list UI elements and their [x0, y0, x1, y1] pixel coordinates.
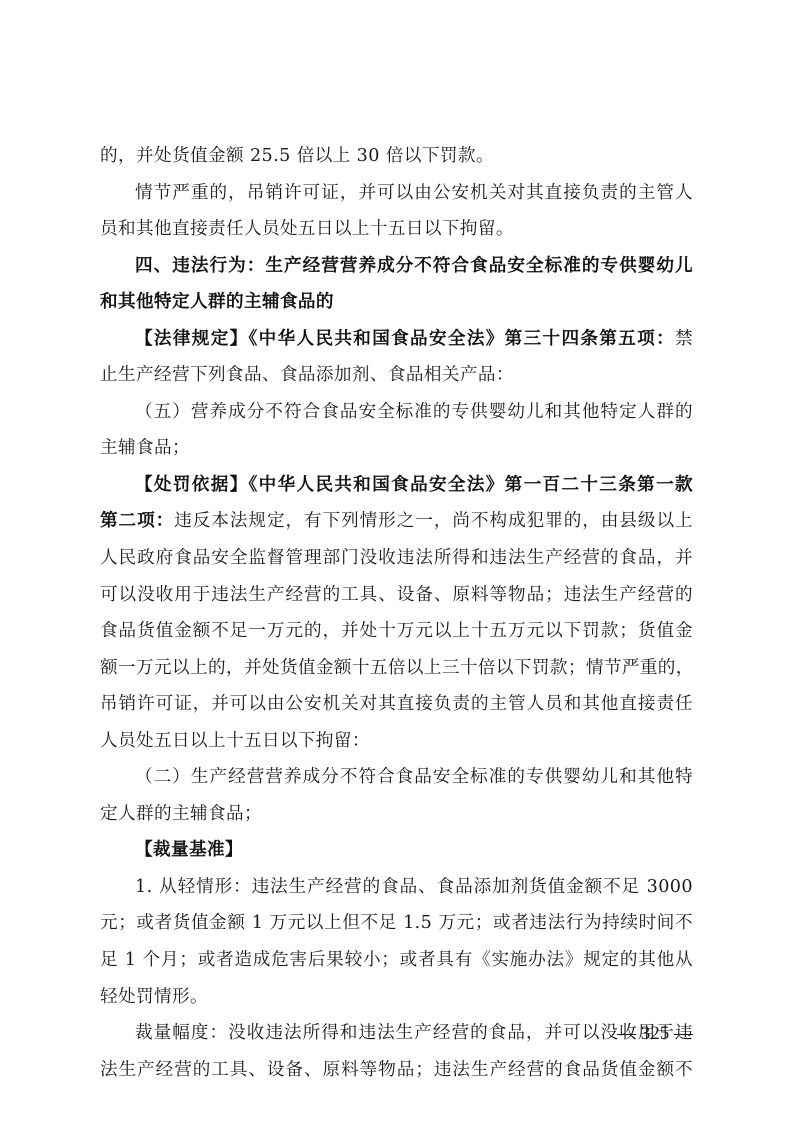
- line-text: 员和其他直接责任人员处五日以上十五日以下拘留。: [100, 219, 514, 239]
- text-line: 可以没收用于违法生产经营的工具、设备、原料等物品；违法生产经营的: [100, 577, 693, 614]
- text-line: 足 1 个月；或者造成危害后果较小；或者具有《实施办法》规定的其他从: [100, 942, 693, 979]
- text-line: 吊销许可证，并可以由公安机关对其直接负责的主管人员和其他直接责任: [100, 686, 693, 723]
- text-line: 定人群的主辅食品；: [100, 796, 693, 833]
- bold-heading-prefix: 第二项：: [100, 511, 174, 531]
- text-line: 裁量幅度：没收违法所得和违法生产经营的食品，并可以没收用于违: [100, 1015, 693, 1052]
- text-line: 法生产经营的工具、设备、原料等物品；违法生产经营的食品货值金额不: [100, 1052, 693, 1089]
- line-text: 足 1 个月；或者造成危害后果较小；或者具有《实施办法》规定的其他从: [100, 950, 693, 970]
- text-line: 员和其他直接责任人员处五日以上十五日以下拘留。: [100, 211, 693, 248]
- line-text: 和其他特定人群的主辅食品的: [100, 292, 334, 312]
- document-body: 的，并处货值金额 25.5 倍以上 30 倍以下罚款。情节严重的，吊销许可证，并…: [100, 138, 693, 1088]
- line-text: 主辅食品；: [100, 438, 190, 458]
- line-text: 定人群的主辅食品；: [100, 804, 262, 824]
- text-line: 食品货值金额不足一万元的，并处十万元以上十五万元以下罚款；货值金: [100, 613, 693, 650]
- line-text: 吊销许可证，并可以由公安机关对其直接负责的主管人员和其他直接责任: [100, 694, 693, 714]
- text-line: 元；或者货值金额 1 万元以上但不足 1.5 万元；或者违法行为持续时间不: [100, 905, 693, 942]
- page-number: — 325 —: [610, 1023, 700, 1045]
- line-text: 【处罚依据】《中华人民共和国食品安全法》第一百二十三条第一款: [135, 475, 693, 495]
- line-text: 1. 从轻情形：违法生产经营的食品、食品添加剂货值金额不足 3000: [135, 877, 693, 897]
- text-line: 【处罚依据】《中华人民共和国食品安全法》第一百二十三条第一款: [100, 467, 693, 504]
- text-line: 【裁量基准】: [100, 832, 693, 869]
- line-text: 的，并处货值金额 25.5 倍以上 30 倍以下罚款。: [100, 146, 494, 166]
- text-line: 人民政府食品安全监督管理部门没收违法所得和违法生产经营的食品，并: [100, 540, 693, 577]
- text-line: （二）生产经营营养成分不符合食品安全标准的专供婴幼儿和其他特: [100, 759, 693, 796]
- text-line: 主辅食品；: [100, 430, 693, 467]
- line-text: 人员处五日以上十五日以下拘留：: [100, 731, 370, 751]
- line-text: 轻处罚情形。: [100, 987, 208, 1007]
- line-text: 违反本法规定，有下列情形之一，尚不构成犯罪的，由县级以上: [174, 511, 693, 531]
- line-text: 情节严重的，吊销许可证，并可以由公安机关对其直接负责的主管人: [135, 183, 693, 203]
- bold-heading-prefix: 【法律规定】《中华人民共和国食品安全法》第三十四条第五项：: [135, 329, 675, 349]
- text-line: 轻处罚情形。: [100, 979, 693, 1016]
- text-line: 情节严重的，吊销许可证，并可以由公安机关对其直接负责的主管人: [100, 175, 693, 212]
- line-text: 元；或者货值金额 1 万元以上但不足 1.5 万元；或者违法行为持续时间不: [100, 913, 693, 933]
- line-text: 法生产经营的工具、设备、原料等物品；违法生产经营的食品货值金额不: [100, 1060, 693, 1080]
- line-text: 四、违法行为：生产经营营养成分不符合食品安全标准的专供婴幼儿: [135, 256, 693, 276]
- text-line: 人员处五日以上十五日以下拘留：: [100, 723, 693, 760]
- text-line: 四、违法行为：生产经营营养成分不符合食品安全标准的专供婴幼儿: [100, 248, 693, 285]
- line-text: （五）营养成分不符合食品安全标准的专供婴幼儿和其他特定人群的: [135, 402, 693, 422]
- text-line: 的，并处货值金额 25.5 倍以上 30 倍以下罚款。: [100, 138, 693, 175]
- line-text: 人民政府食品安全监督管理部门没收违法所得和违法生产经营的食品，并: [100, 548, 693, 568]
- line-text: 可以没收用于违法生产经营的工具、设备、原料等物品；违法生产经营的: [100, 585, 693, 605]
- line-text: 止生产经营下列食品、食品添加剂、食品相关产品：: [100, 365, 514, 385]
- text-line: （五）营养成分不符合食品安全标准的专供婴幼儿和其他特定人群的: [100, 394, 693, 431]
- line-text: 禁: [675, 329, 693, 349]
- line-text: （二）生产经营营养成分不符合食品安全标准的专供婴幼儿和其他特: [135, 767, 693, 787]
- text-line: 第二项：违反本法规定，有下列情形之一，尚不构成犯罪的，由县级以上: [100, 503, 693, 540]
- text-line: 【法律规定】《中华人民共和国食品安全法》第三十四条第五项：禁: [100, 321, 693, 358]
- document-page: 的，并处货值金额 25.5 倍以上 30 倍以下罚款。情节严重的，吊销许可证，并…: [0, 0, 793, 1122]
- text-line: 额一万元以上的，并处货值金额十五倍以上三十倍以下罚款；情节严重的，: [100, 650, 693, 687]
- text-line: 1. 从轻情形：违法生产经营的食品、食品添加剂货值金额不足 3000: [100, 869, 693, 906]
- line-text: 【裁量基准】: [135, 840, 243, 860]
- line-text: 额一万元以上的，并处货值金额十五倍以上三十倍以下罚款；情节严重的，: [100, 658, 694, 678]
- text-line: 止生产经营下列食品、食品添加剂、食品相关产品：: [100, 357, 693, 394]
- line-text: 食品货值金额不足一万元的，并处十万元以上十五万元以下罚款；货值金: [100, 621, 693, 641]
- text-line: 和其他特定人群的主辅食品的: [100, 284, 693, 321]
